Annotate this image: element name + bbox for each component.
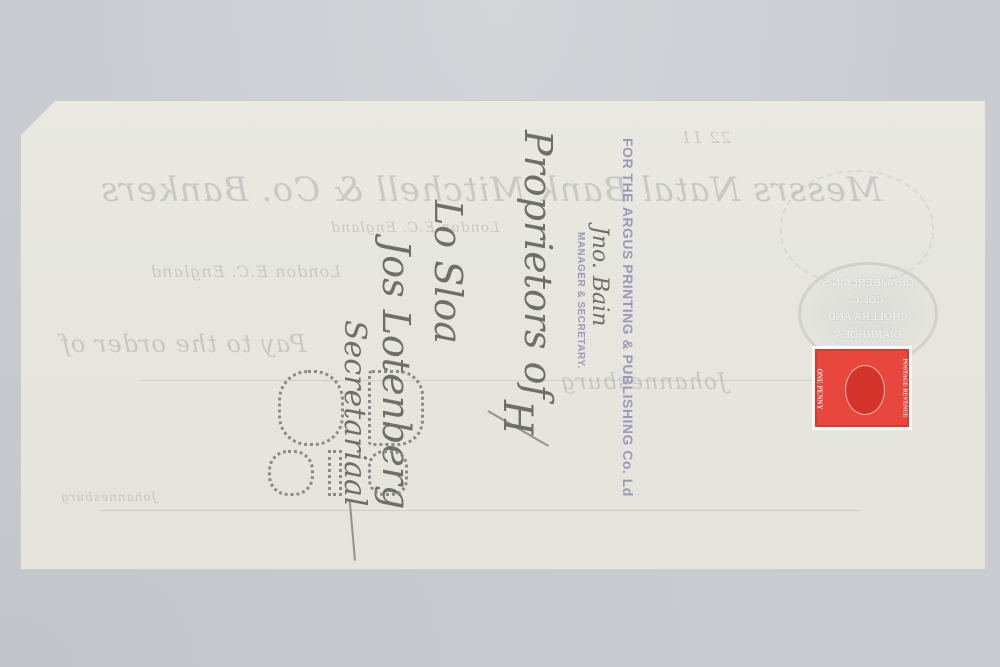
ruled-line	[100, 510, 860, 511]
stamp-left-label: ONE PENNY	[816, 368, 824, 409]
company-stamp-line: FOR THE ARGUS PRINTING & PUBLISHING Co. …	[620, 138, 636, 497]
oval-line-2: COLIC	[801, 295, 935, 306]
perf-letter	[278, 370, 344, 446]
ghost-pay-to: Pay to the order of	[60, 330, 306, 358]
ghost-number: 22 11	[680, 128, 731, 147]
king-portrait-icon	[845, 365, 885, 415]
ghost-bank-name: Messrs Natal Bank Mitchell & Co. Bankers	[100, 170, 882, 210]
oval-line-4: DIARRHOEA	[801, 329, 935, 341]
endorsement-line-1: Proprietors of	[516, 130, 560, 399]
revenue-stamp: ONE PENNY POSTAGE REVENUE	[812, 346, 912, 430]
stamp-right-label: POSTAGE REVENUE	[902, 358, 908, 417]
ghost-bank-subline: London E.C. England	[330, 220, 499, 236]
perforation-text: PAID	[268, 370, 270, 371]
ghost-place: Johannesburg	[560, 370, 727, 395]
oval-line-3: CHOLERA AND	[801, 311, 935, 323]
perf-letter	[368, 370, 424, 446]
perf-letter	[328, 450, 342, 496]
ruled-line	[140, 380, 840, 381]
stamp-signature: Jno. Bain	[587, 226, 612, 326]
company-stamp-title: MANAGER & SECRETARY.	[575, 232, 586, 369]
perforation-paid: PAID	[268, 370, 468, 500]
perf-letter	[268, 450, 314, 496]
oval-line-1: CHAMBERLAIN'S	[801, 277, 935, 289]
perf-letter	[368, 450, 408, 496]
ghost-footer: Johannesburg	[60, 490, 156, 504]
endorsement-line-2: Lo Sloa	[426, 200, 470, 344]
ghost-address: London E.C. England	[150, 262, 341, 281]
